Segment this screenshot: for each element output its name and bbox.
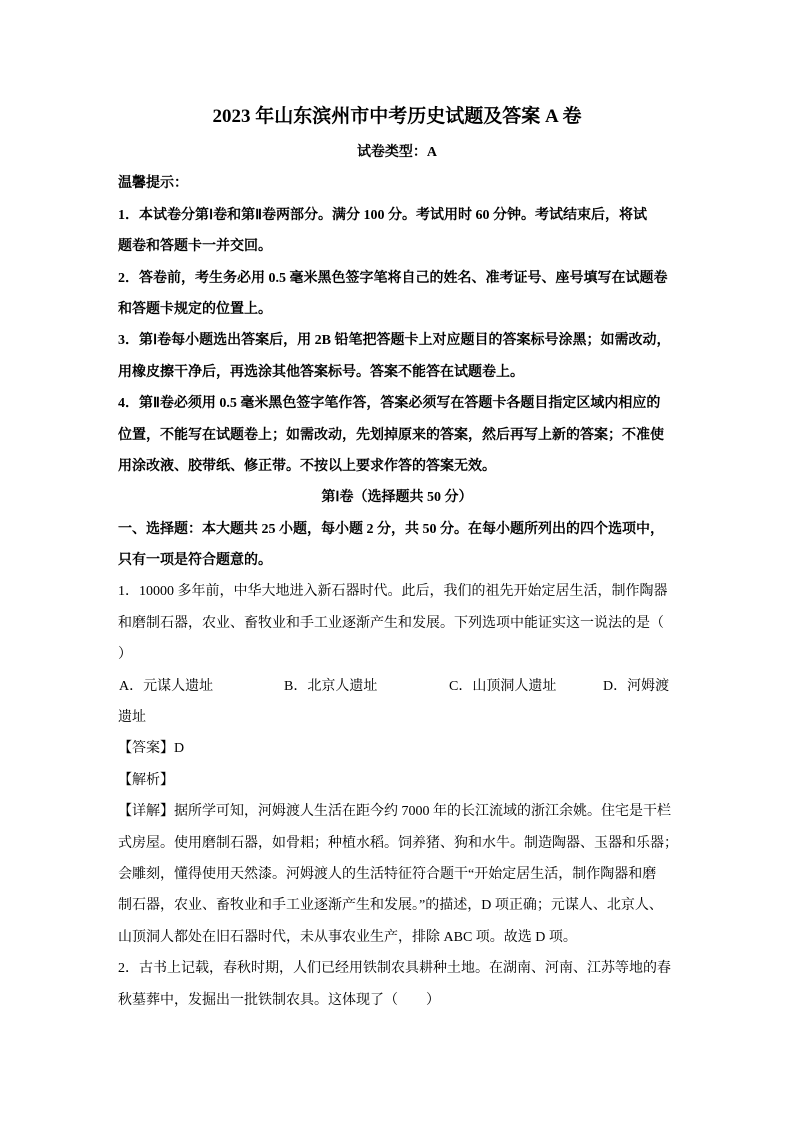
question-1-option-d: D．河姆渡	[603, 671, 669, 702]
question-1-detail-line-3: 会雕刻，懂得使用天然漆。河姆渡人的生活特征符合题干“开始定居生活，制作陶器和磨	[118, 859, 676, 890]
question-1-detail-line-1: 【详解】据所学可知，河姆渡人生活在距今约 7000 年的长江流域的浙江余姚。住宅…	[118, 796, 676, 827]
notice-item-1-line-1: 1．本试卷分第Ⅰ卷和第Ⅱ卷两部分。满分 100 分。考试用时 60 分钟。考试结…	[118, 200, 676, 231]
notice-item-4-line-3: 用涂改液、胶带纸、修正带。不按以上要求作答的答案无效。	[118, 451, 676, 482]
question-1-analysis-label: 【解析】	[118, 765, 676, 796]
question-1-stem-line-3: ）	[118, 639, 676, 670]
notice-item-2-line-1: 2．答卷前，考生务必用 0.5 毫米黑色签字笔将自己的姓名、准考证号、座号填写在…	[118, 263, 676, 294]
paper-type: 试卷类型：A	[118, 137, 676, 168]
section-1-intro-line-2: 只有一项是符合题意的。	[118, 545, 676, 576]
question-1-detail-line-5: 山顶洞人都处在旧石器时代，未从事农业生产，排除 ABC 项。故选 D 项。	[118, 922, 676, 953]
section-1-intro-line-1: 一、选择题：本大题共 25 小题，每小题 2 分，共 50 分。在每小题所列出的…	[118, 514, 676, 545]
notice-item-3-line-2: 用橡皮擦干净后，再选涂其他答案标号。答案不能答在试题卷上。	[118, 357, 676, 388]
question-2-stem-line-1: 2．古书上记载，春秋时期，人们已经用铁制农具耕种土地。在湖南、河南、江苏等地的春	[118, 953, 676, 984]
question-1-option-a: A．元谋人遗址	[119, 671, 213, 702]
question-1-option-d-wrap: 遗址	[118, 702, 676, 733]
page-title: 2023 年山东滨州市中考历史试题及答案 A 卷	[118, 99, 676, 135]
question-1-answer: 【答案】D	[118, 733, 676, 764]
notice-item-2-line-2: 和答题卡规定的位置上。	[118, 294, 676, 325]
document-page: 2023 年山东滨州市中考历史试题及答案 A 卷 试卷类型：A 温馨提示： 1．…	[0, 0, 794, 1123]
question-1-options: A．元谋人遗址 B．北京人遗址 C．山顶洞人遗址 D．河姆渡	[118, 671, 676, 702]
question-1-detail-line-2: 式房屋。使用磨制石器，如骨耜；种植水稻。饲养猪、狗和水牛。制造陶器、玉器和乐器；	[118, 828, 676, 859]
notice-item-4-line-2: 位置，不能写在试题卷上；如需改动，先划掉原来的答案，然后再写上新的答案；不准使	[118, 420, 676, 451]
question-1-option-c: C．山顶洞人遗址	[449, 671, 556, 702]
question-1-stem-line-1: 1．10000 多年前，中华大地进入新石器时代。此后，我们的祖先开始定居生活，制…	[118, 576, 676, 607]
notice-heading: 温馨提示：	[118, 168, 676, 199]
question-2-stem-line-2: 秋墓葬中，发掘出一批铁制农具。这体现了（ ）	[118, 985, 676, 1016]
notice-item-4-line-1: 4．第Ⅱ卷必须用 0.5 毫米黑色签字笔作答，答案必须写在答题卡各题目指定区域内…	[118, 388, 676, 419]
section-1-heading: 第Ⅰ卷（选择题共 50 分）	[118, 482, 676, 513]
notice-item-3-line-1: 3．第Ⅰ卷每小题选出答案后，用 2B 铅笔把答题卡上对应题目的答案标号涂黑；如需…	[118, 325, 676, 356]
question-1-stem-line-2: 和磨制石器，农业、畜牧业和手工业逐渐产生和发展。下列选项中能证实这一说法的是（	[118, 608, 676, 639]
notice-item-1-line-2: 题卷和答题卡一并交回。	[118, 231, 676, 262]
question-1-option-b: B．北京人遗址	[284, 671, 377, 702]
question-1-detail-line-4: 制石器，农业、畜牧业和手工业逐渐产生和发展。”的描述，D 项正确；元谋人、北京人…	[118, 890, 676, 921]
